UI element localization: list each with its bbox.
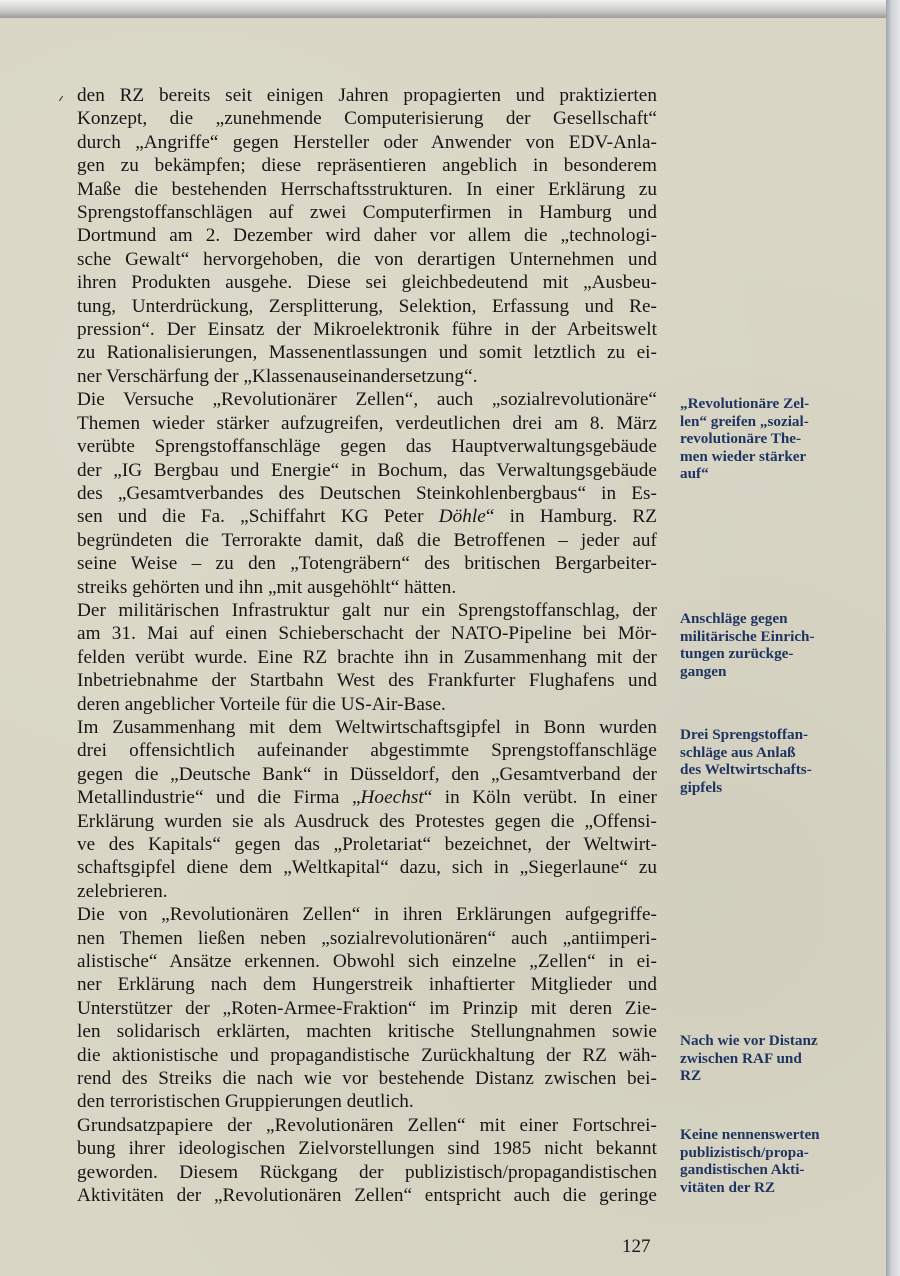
text-line: den RZ bereits seit einigen Jahren propa… bbox=[77, 84, 657, 107]
margin-note-social-revolutionary-themes: „Revolutionäre Zel-len“ greifen „sozial-… bbox=[680, 395, 865, 483]
text-line: Im Zusammenhang mit dem Weltwirtschaftsg… bbox=[77, 716, 657, 739]
text-line: gen zu bekämpfen; diese repräsentieren a… bbox=[77, 154, 657, 177]
paragraph: Die Versuche „Revolutionärer Zellen“, au… bbox=[77, 388, 657, 599]
text-line: Die von „Revolutionären Zellen“ in ihren… bbox=[77, 903, 657, 926]
margin-note-line: Nach wie vor Distanz bbox=[680, 1032, 865, 1050]
margin-note-line: schläge aus Anlaß bbox=[680, 744, 865, 762]
margin-note-line: des Weltwirtschafts- bbox=[680, 761, 865, 779]
paragraph: Der militärischen Infrastruktur galt nur… bbox=[77, 599, 657, 716]
text-line: den terroristischen Gruppierungen deutli… bbox=[77, 1090, 657, 1113]
margin-note-line: publizistisch/propa- bbox=[680, 1144, 865, 1162]
text-line: der „IG Bergbau und Energie“ in Bochum, … bbox=[77, 459, 657, 482]
margin-note-line: Keine nennenswerten bbox=[680, 1126, 865, 1144]
margin-note-line: auf“ bbox=[680, 465, 865, 483]
margin-note-line: zwischen RAF und bbox=[680, 1050, 865, 1068]
text-line: die aktionistische und propagandistische… bbox=[77, 1044, 657, 1067]
margin-note-line: Drei Sprengstoffan- bbox=[680, 726, 865, 744]
text-line: nen Themen ließen neben „sozialrevolutio… bbox=[77, 927, 657, 950]
margin-note-line: „Revolutionäre Zel- bbox=[680, 395, 865, 413]
margin-note-line: len“ greifen „sozial- bbox=[680, 413, 865, 431]
margin-note-line: men wieder stärker bbox=[680, 448, 865, 466]
text-line: Der militärischen Infrastruktur galt nur… bbox=[77, 599, 657, 622]
text-line: durch „Angriffe“ gegen Hersteller oder A… bbox=[77, 131, 657, 154]
margin-note-line: gangen bbox=[680, 663, 865, 681]
text-line: rend des Streiks die nach wie vor besteh… bbox=[77, 1067, 657, 1090]
margin-pencil-mark bbox=[59, 96, 63, 101]
text-line: Sprengstoffanschlägen auf zwei Computerf… bbox=[77, 201, 657, 224]
margin-note-line: gipfels bbox=[680, 779, 865, 797]
text-line: felden verübt wurde. Eine RZ brachte ihn… bbox=[77, 646, 657, 669]
text-line: schaftsgipfel diene dem „Weltkapital“ da… bbox=[77, 856, 657, 879]
scan-right-edge bbox=[886, 0, 900, 1276]
margin-note-line: vitäten der RZ bbox=[680, 1179, 865, 1197]
text-line: Die Versuche „Revolutionärer Zellen“, au… bbox=[77, 388, 657, 411]
text-line: deren angeblicher Vorteile für die US-Ai… bbox=[77, 693, 657, 716]
text-line: ihren Produkten ausgehe. Diese sei gleic… bbox=[77, 271, 657, 294]
text-line: sen und die Fa. „Schiffahrt KG Peter Döh… bbox=[77, 505, 657, 528]
margin-note-line: Anschläge gegen bbox=[680, 610, 865, 628]
text-line: verübte Sprengstoffanschläge gegen das H… bbox=[77, 435, 657, 458]
text-line: pression“. Der Einsatz der Mikroelektron… bbox=[77, 318, 657, 341]
page-number: 127 bbox=[622, 1236, 651, 1258]
paragraph: Die von „Revolutionären Zellen“ in ihren… bbox=[77, 903, 657, 1114]
text-line: drei offensichtlich aufeinander abgestim… bbox=[77, 739, 657, 762]
text-line: Grundsatzpapiere der „Revolutionären Zel… bbox=[77, 1114, 657, 1137]
text-line: ner Verschärfung der „Klassenauseinander… bbox=[77, 365, 657, 388]
text-line: tung, Unterdrückung, Zersplitterung, Sel… bbox=[77, 295, 657, 318]
text-line: Aktivitäten der „Revolutionären Zellen“ … bbox=[77, 1184, 657, 1207]
margin-note-raf-distance: Nach wie vor Distanzzwischen RAF undRZ bbox=[680, 1032, 865, 1085]
text-line: Maße die bestehenden Herrschaftsstruktur… bbox=[77, 178, 657, 201]
text-line: Metallindustrie“ und die Firma „Hoechst“… bbox=[77, 786, 657, 809]
text-line: alistische“ Ansätze erkennen. Obwohl sic… bbox=[77, 950, 657, 973]
body-text: den RZ bereits seit einigen Jahren propa… bbox=[77, 84, 657, 1208]
text-line: des „Gesamtverbandes des Deutschen Stein… bbox=[77, 482, 657, 505]
text-line: len solidarisch erklärten, machten kriti… bbox=[77, 1020, 657, 1043]
text-line: ve des Kapitals“ gegen das „Proletariat“… bbox=[77, 833, 657, 856]
scan-top-shadow bbox=[0, 0, 900, 20]
paragraph: Im Zusammenhang mit dem Weltwirtschaftsg… bbox=[77, 716, 657, 903]
text-line: begründeten die Terrorakte damit, daß di… bbox=[77, 529, 657, 552]
text-line: zelebrieren. bbox=[77, 880, 657, 903]
text-line: streiks gehörten und ihn „mit ausgehöhlt… bbox=[77, 576, 657, 599]
text-line: Erklärung wurden sie als Ausdruck des Pr… bbox=[77, 810, 657, 833]
text-line: geworden. Diesem Rückgang der publizisti… bbox=[77, 1161, 657, 1184]
text-line: Dortmund am 2. Dezember wird daher vor a… bbox=[77, 224, 657, 247]
text-line: seine Weise – zu den „Totengräbern“ des … bbox=[77, 552, 657, 575]
margin-note-line: revolutionäre The- bbox=[680, 430, 865, 448]
text-line: am 31. Mai auf einen Schieberschacht der… bbox=[77, 622, 657, 645]
margin-note-line: militärische Einrich- bbox=[680, 628, 865, 646]
text-line: zu Rationalisierungen, Massenentlassunge… bbox=[77, 341, 657, 364]
text-line: Unterstützer der „Roten-Armee-Fraktion“ … bbox=[77, 997, 657, 1020]
document-page: den RZ bereits seit einigen Jahren propa… bbox=[0, 18, 886, 1276]
paragraph: den RZ bereits seit einigen Jahren propa… bbox=[77, 84, 657, 388]
margin-note-line: tungen zurückge- bbox=[680, 645, 865, 663]
text-line: gegen die „Deutsche Bank“ in Düsseldorf,… bbox=[77, 763, 657, 786]
text-line: sche Gewalt“ hervorgehoben, die von dera… bbox=[77, 248, 657, 271]
margin-note-summit-attacks: Drei Sprengstoffan-schläge aus Anlaßdes … bbox=[680, 726, 865, 796]
text-line: Inbetriebnahme der Startbahn West des Fr… bbox=[77, 669, 657, 692]
margin-note-line: RZ bbox=[680, 1067, 865, 1085]
text-line: bung ihrer ideologischen Zielvorstellung… bbox=[77, 1137, 657, 1160]
text-line: Konzept, die „zunehmende Computerisierun… bbox=[77, 107, 657, 130]
text-line: Themen wieder stärker aufzugreifen, verd… bbox=[77, 412, 657, 435]
paragraph: Grundsatzpapiere der „Revolutionären Zel… bbox=[77, 1114, 657, 1208]
margin-note-no-propaganda: Keine nennenswertenpublizistisch/propa-g… bbox=[680, 1126, 865, 1196]
margin-note-line: gandistischen Akti- bbox=[680, 1161, 865, 1179]
text-line: ner Erklärung nach dem Hungerstreik inha… bbox=[77, 973, 657, 996]
margin-note-military-attacks: Anschläge gegenmilitärische Einrich-tung… bbox=[680, 610, 865, 680]
